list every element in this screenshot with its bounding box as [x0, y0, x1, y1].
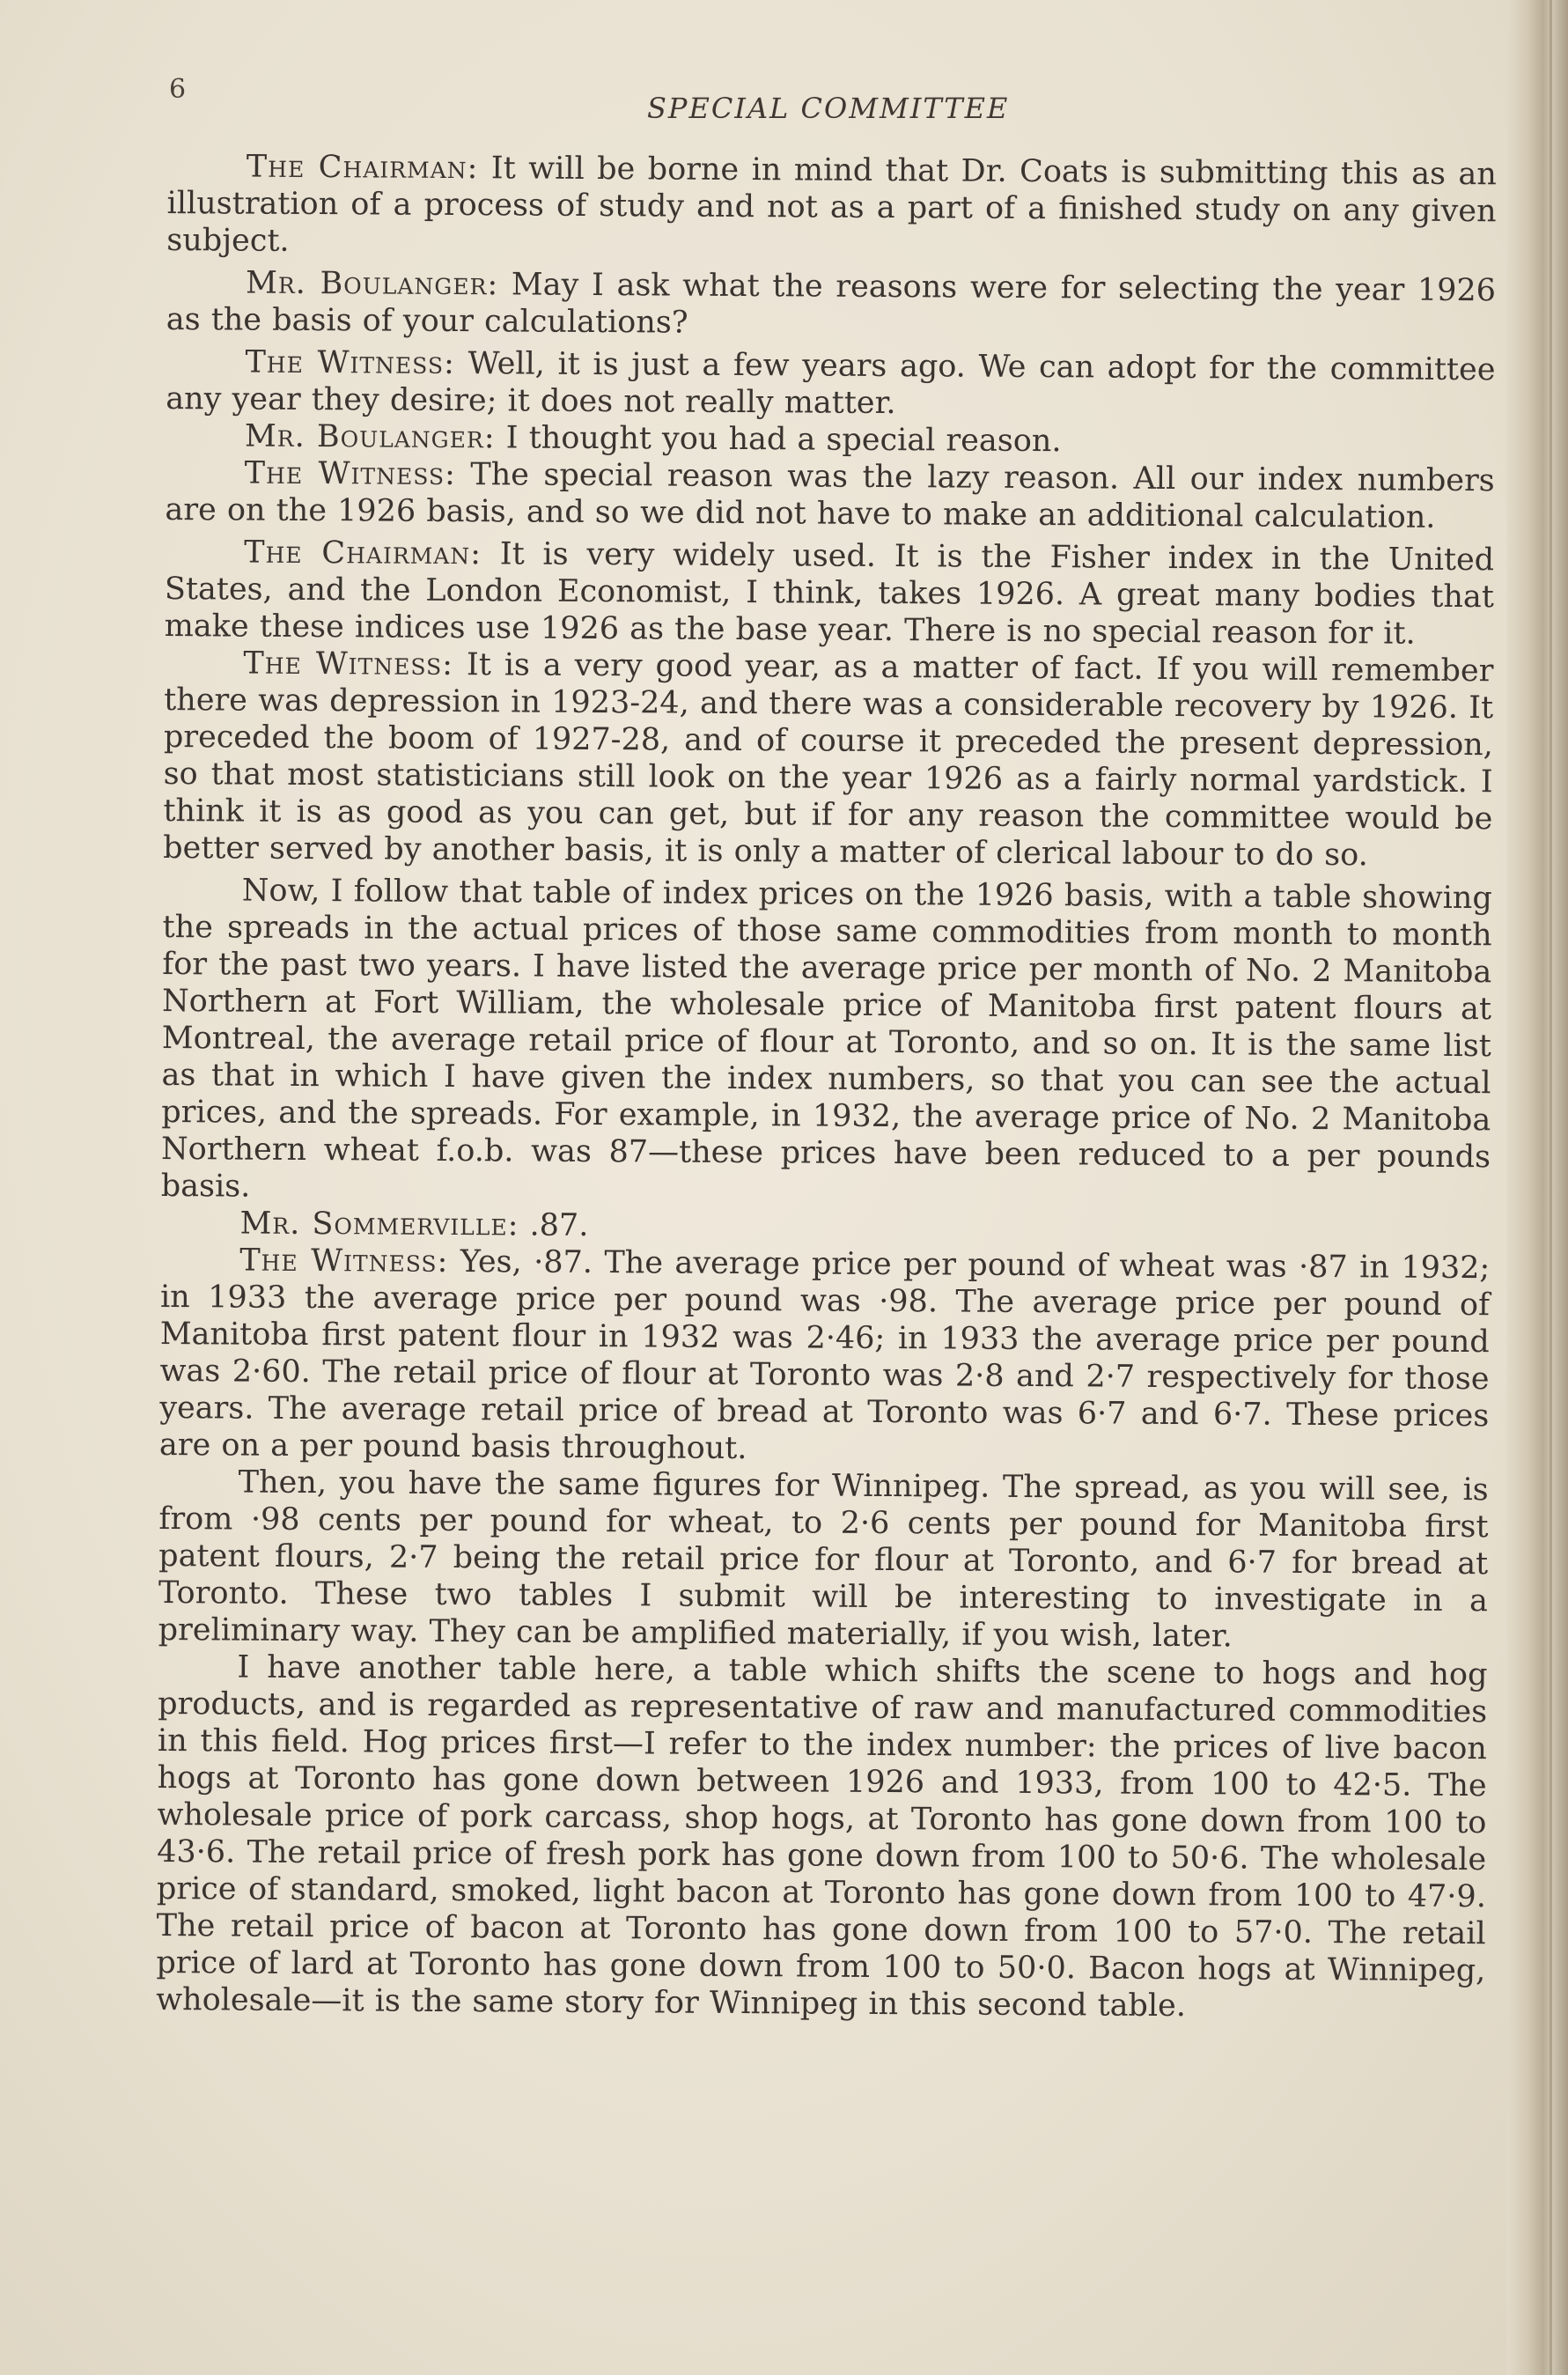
speaker-label: The Witness:	[245, 345, 455, 381]
paragraph-hogs: I have another table here, a table which…	[156, 1648, 1488, 2026]
paragraph-text: I thought you had a special reason.	[495, 420, 1061, 459]
paragraph-witness-2: The Witness: The special reason was the …	[165, 454, 1494, 536]
speaker-label: The Witness:	[239, 1243, 448, 1280]
speaker-label: The Chairman:	[244, 535, 482, 572]
binding-shadow-line	[1550, 0, 1552, 2375]
speaker-label: The Witness:	[245, 456, 456, 492]
paragraph-text: .87.	[519, 1207, 588, 1243]
speaker-label: Mr. Boulanger:	[246, 266, 498, 303]
speaker-label: The Chairman:	[247, 150, 479, 187]
paragraph-winnipeg: Then, you have the same figures for Winn…	[158, 1464, 1489, 1656]
paragraph-witness-3: The Witness: It is a very good year, as …	[163, 645, 1494, 874]
paragraph-chairman-1: The Chairman: It will be borne in mind t…	[166, 148, 1497, 267]
paragraph-text: I have another table here, a table which…	[156, 1650, 1488, 2025]
body-text: The Chairman: It will be borne in mind t…	[156, 148, 1497, 2026]
speaker-label: Mr. Boulanger:	[245, 419, 496, 456]
book-binding-edge	[1506, 0, 1568, 2375]
paragraph-text: Then, you have the same figures for Winn…	[158, 1465, 1489, 1655]
paragraph-witness-1: The Witness: Well, it is just a few year…	[166, 343, 1495, 425]
running-head: SPECIAL COMMITTEE	[647, 92, 1009, 125]
paragraph-chairman-2: The Chairman: It is very widely used. It…	[165, 534, 1495, 653]
paragraph-witness-prices: The Witness: Yes, ·87. The average price…	[159, 1242, 1491, 1471]
speaker-label: The Witness:	[243, 646, 453, 682]
speaker-label: Mr. Sommerville:	[239, 1206, 519, 1243]
page-number: 6	[169, 74, 186, 105]
paragraph-boulanger-1: Mr. Boulanger: May I ask what the reason…	[166, 264, 1496, 346]
paragraph-text: Now, I follow that table of index prices…	[161, 874, 1492, 1205]
scanned-page: 6 SPECIAL COMMITTEE The Chairman: It wil…	[0, 0, 1568, 2375]
paragraph-witness-index-table: Now, I follow that table of index prices…	[161, 872, 1492, 1213]
